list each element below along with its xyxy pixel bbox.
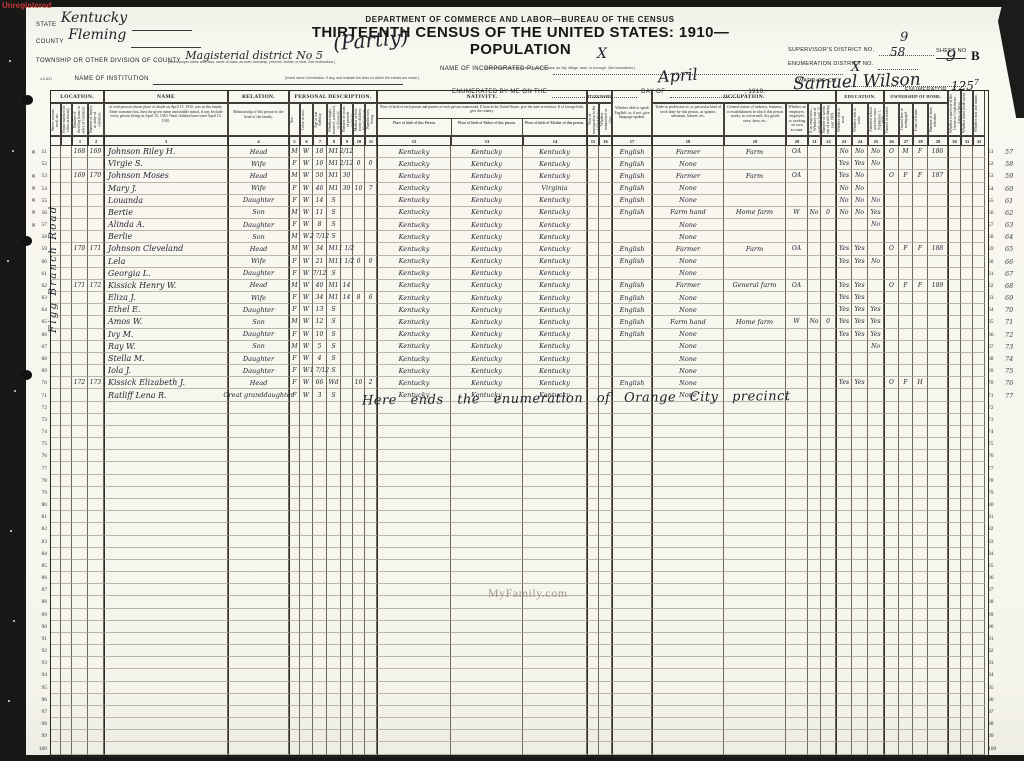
cell-sched xyxy=(928,475,948,487)
cell-emp xyxy=(786,682,808,694)
cell-wk: 0 xyxy=(821,316,836,328)
cell-bld xyxy=(961,183,973,195)
cell-street xyxy=(50,438,61,450)
cell-dw xyxy=(72,365,88,377)
rule xyxy=(131,37,201,48)
cell-wr xyxy=(852,462,868,474)
cell-age: 11 xyxy=(313,207,327,219)
row-number-right: 93 xyxy=(985,657,1003,669)
cell-bld xyxy=(961,584,973,596)
cell-sex xyxy=(289,657,300,669)
cell-pob: Kentucky xyxy=(377,377,451,389)
cell-yrs: 2/12 xyxy=(341,158,353,170)
cell-sex: M xyxy=(289,231,300,243)
cell-own xyxy=(884,584,899,596)
cell-deaf xyxy=(973,389,985,401)
cell-nat xyxy=(599,304,612,316)
cell-trade: None xyxy=(652,256,724,268)
cell-nat xyxy=(599,219,612,231)
cell-ow xyxy=(808,219,821,231)
cell-name: Virgie S. xyxy=(104,158,228,170)
cell-rel xyxy=(228,475,289,487)
cell-deaf xyxy=(973,256,985,268)
cell-ow xyxy=(808,450,821,462)
cell-fh xyxy=(913,657,928,669)
cell-bld xyxy=(961,645,973,657)
cell-fh xyxy=(913,402,928,414)
cell-pf xyxy=(451,633,523,645)
cell-fh xyxy=(913,706,928,718)
margin-annotation: 63 xyxy=(1003,219,1022,231)
cell-house xyxy=(61,682,72,694)
cell-mtg xyxy=(899,365,913,377)
cell-ind xyxy=(724,523,786,535)
cell-name: Louanda xyxy=(104,195,228,207)
cell-wk xyxy=(821,682,836,694)
cell-sch xyxy=(868,682,884,694)
cell-pm xyxy=(523,511,587,523)
cell-nat xyxy=(599,268,612,280)
cell-nat xyxy=(599,548,612,560)
cell-cl: 7 xyxy=(365,183,377,195)
cell-pf xyxy=(451,669,523,681)
cell-vet xyxy=(948,499,961,511)
cell-house xyxy=(61,742,72,754)
cell-vet xyxy=(948,256,961,268)
cell-imm xyxy=(587,572,599,584)
cell-yrs: 14 xyxy=(341,280,353,292)
cell-mtg xyxy=(899,730,913,742)
cell-name xyxy=(104,548,228,560)
cell-vet xyxy=(948,718,961,730)
cell-deaf xyxy=(973,548,985,560)
cell-vet xyxy=(948,462,961,474)
cell-wr: Yes xyxy=(852,292,868,304)
cell-dw xyxy=(72,730,88,742)
cell-age: 1 7/12 xyxy=(313,365,327,377)
cell-cb xyxy=(353,742,365,754)
cell-rel xyxy=(228,450,289,462)
cell-pob xyxy=(377,438,451,450)
cell-dw xyxy=(72,669,88,681)
cell-fam xyxy=(88,548,104,560)
cell-deaf xyxy=(973,365,985,377)
col-out-of-work: If an employee— Whether out of work on A… xyxy=(808,103,821,136)
cell-age: 7/12 xyxy=(313,268,327,280)
cell-emp xyxy=(786,365,808,377)
cell-name xyxy=(104,438,228,450)
cell-fh xyxy=(913,450,928,462)
cell-cb xyxy=(353,195,365,207)
cell-pob: Kentucky xyxy=(377,207,451,219)
nativity-block: Place of birth of each person and parent… xyxy=(377,103,587,136)
cell-cb xyxy=(353,584,365,596)
cell-age: 46 xyxy=(313,183,327,195)
cell-sched: 187 xyxy=(928,170,948,182)
cell-wk xyxy=(821,304,836,316)
cell-fam xyxy=(88,475,104,487)
cell-cb xyxy=(353,475,365,487)
cell-rd xyxy=(836,365,852,377)
cell-house xyxy=(61,511,72,523)
cell-mar xyxy=(327,536,341,548)
cell-sched xyxy=(928,426,948,438)
col-owned: Owned or rented. xyxy=(884,103,899,136)
county-line: COUNTY Fleming xyxy=(36,30,201,48)
cell-ind xyxy=(724,365,786,377)
cell-wk xyxy=(821,183,836,195)
cell-mtg xyxy=(899,572,913,584)
cell-house xyxy=(61,718,72,730)
cell-colr xyxy=(300,548,313,560)
cell-ind xyxy=(724,329,786,341)
cell-rel xyxy=(228,560,289,572)
cell-age xyxy=(313,499,327,511)
cell-wk xyxy=(821,548,836,560)
cell-imm xyxy=(587,207,599,219)
cell-trade xyxy=(652,694,724,706)
cell-name xyxy=(104,462,228,474)
cell-fam xyxy=(88,304,104,316)
cell-name xyxy=(104,669,228,681)
cell-name: Amos W. xyxy=(104,316,228,328)
cell-fh xyxy=(913,158,928,170)
cell-rd xyxy=(836,402,852,414)
cell-rel xyxy=(228,499,289,511)
cell-rd xyxy=(836,523,852,535)
cell-ow: No xyxy=(808,207,821,219)
cell-house xyxy=(61,694,72,706)
cell-dw xyxy=(72,183,88,195)
cell-trade xyxy=(652,475,724,487)
cell-sex: F xyxy=(289,329,300,341)
cell-deaf xyxy=(973,475,985,487)
cell-sch xyxy=(868,669,884,681)
cell-mtg xyxy=(899,475,913,487)
cell-vet xyxy=(948,609,961,621)
cell-emp xyxy=(786,499,808,511)
row-number-right: 57 xyxy=(985,219,1003,231)
cell-yrs xyxy=(341,487,353,499)
cell-dw xyxy=(72,523,88,535)
cell-dw xyxy=(72,316,88,328)
cell-pob xyxy=(377,511,451,523)
cell-fam xyxy=(88,584,104,596)
cell-pf xyxy=(451,657,523,669)
cell-emp xyxy=(786,523,808,535)
cell-age xyxy=(313,730,327,742)
cell-fh xyxy=(913,742,928,754)
cell-wk xyxy=(821,243,836,255)
cell-trade: Farmer xyxy=(652,280,724,292)
cell-fam xyxy=(88,730,104,742)
cell-pm xyxy=(523,572,587,584)
cell-imm xyxy=(587,730,599,742)
cell-emp xyxy=(786,572,808,584)
cell-nat xyxy=(599,657,612,669)
cell-pf: Kentucky xyxy=(451,316,523,328)
cell-sched: 188 xyxy=(928,243,948,255)
cell-name: Berlie xyxy=(104,231,228,243)
cell-wr xyxy=(852,706,868,718)
cell-own xyxy=(884,694,899,706)
cell-pm: Kentucky xyxy=(523,280,587,292)
cell-ow xyxy=(808,341,821,353)
cell-name xyxy=(104,572,228,584)
margin-annotation: 71 xyxy=(1003,316,1022,328)
cell-pob: Kentucky xyxy=(377,158,451,170)
column-number: 14 xyxy=(523,136,587,146)
cell-sch: No xyxy=(868,158,884,170)
cell-pf xyxy=(451,694,523,706)
margin-annotation: 69 xyxy=(1003,292,1022,304)
cell-name xyxy=(104,742,228,754)
cell-fam xyxy=(88,633,104,645)
cell-own xyxy=(884,475,899,487)
margin-annotation: 65 xyxy=(1003,243,1022,255)
cell-pf: Kentucky xyxy=(451,219,523,231)
margin-annotation: 74 xyxy=(1003,353,1022,365)
cell-eng: English xyxy=(612,280,652,292)
cell-imm xyxy=(587,742,599,754)
row-number-left: 88 xyxy=(30,596,50,608)
cell-own: O xyxy=(884,280,899,292)
cell-ow xyxy=(808,669,821,681)
cell-street xyxy=(50,742,61,754)
row-number-right: 91 xyxy=(985,633,1003,645)
row-number-right: 59 xyxy=(985,243,1003,255)
cell-trade xyxy=(652,645,724,657)
row-number-right: 63 xyxy=(985,292,1003,304)
cell-fh: F xyxy=(913,243,928,255)
cell-sex: F xyxy=(289,292,300,304)
cell-fh xyxy=(913,596,928,608)
cell-bld xyxy=(961,219,973,231)
cell-wk xyxy=(821,256,836,268)
cell-mar: S xyxy=(327,195,341,207)
cell-mar xyxy=(327,742,341,754)
cell-rd xyxy=(836,475,852,487)
cell-yrs xyxy=(341,475,353,487)
cell-ow xyxy=(808,183,821,195)
cell-nat xyxy=(599,706,612,718)
cell-dw xyxy=(72,426,88,438)
cell-emp xyxy=(786,657,808,669)
cell-mtg xyxy=(899,389,913,401)
cell-mar xyxy=(327,682,341,694)
cell-sch xyxy=(868,730,884,742)
cell-fh xyxy=(913,268,928,280)
cell-bld xyxy=(961,280,973,292)
cell-mtg xyxy=(899,462,913,474)
cell-mar xyxy=(327,402,341,414)
cell-mtg xyxy=(899,487,913,499)
cell-name: Georgia L. xyxy=(104,268,228,280)
cell-wr xyxy=(852,682,868,694)
cell-rel: Daughter xyxy=(228,195,289,207)
cell-rd xyxy=(836,633,852,645)
cell-cl xyxy=(365,499,377,511)
cell-own xyxy=(884,450,899,462)
cell-pf: Kentucky xyxy=(451,195,523,207)
col-children-living: Number now living. xyxy=(365,103,377,136)
cell-sex xyxy=(289,499,300,511)
cell-mtg xyxy=(899,450,913,462)
cell-name xyxy=(104,621,228,633)
cell-own xyxy=(884,353,899,365)
cell-wk xyxy=(821,694,836,706)
cell-cb xyxy=(353,560,365,572)
cell-rel xyxy=(228,682,289,694)
cell-colr xyxy=(300,523,313,535)
cell-eng xyxy=(612,511,652,523)
cell-mtg xyxy=(899,511,913,523)
cell-pf xyxy=(451,536,523,548)
cell-sched xyxy=(928,329,948,341)
cell-bld xyxy=(961,475,973,487)
cell-cl xyxy=(365,621,377,633)
col-blind: Whether blind (both eyes). xyxy=(961,90,973,136)
cell-pob: Kentucky xyxy=(377,170,451,182)
cell-bld xyxy=(961,742,973,754)
cell-colr xyxy=(300,609,313,621)
cell-bld xyxy=(961,682,973,694)
row-number-left: 92 xyxy=(30,645,50,657)
cell-house xyxy=(61,645,72,657)
cell-rel: Wife xyxy=(228,183,289,195)
cell-ow xyxy=(808,377,821,389)
cell-colr xyxy=(300,414,313,426)
cell-cb: 10 xyxy=(353,183,365,195)
row-number-left: 75 xyxy=(30,438,50,450)
cell-imm xyxy=(587,146,599,158)
cell-colr: W xyxy=(300,207,313,219)
row-number-right: 72 xyxy=(985,402,1003,414)
cell-cl xyxy=(365,195,377,207)
cell-colr xyxy=(300,450,313,462)
cell-pf xyxy=(451,682,523,694)
cell-pf xyxy=(451,645,523,657)
cell-pm xyxy=(523,499,587,511)
cell-wr xyxy=(852,584,868,596)
cell-name: Johnson Moses xyxy=(104,170,228,182)
cell-wk xyxy=(821,511,836,523)
cell-nat xyxy=(599,231,612,243)
cell-pm: Kentucky xyxy=(523,256,587,268)
cell-fh xyxy=(913,511,928,523)
cell-rd xyxy=(836,414,852,426)
cell-sex xyxy=(289,402,300,414)
margin-annotation xyxy=(1003,475,1022,487)
margin-annotation xyxy=(1003,621,1022,633)
cell-dw xyxy=(72,742,88,754)
column-number: 22 xyxy=(821,136,836,146)
cell-colr: W xyxy=(300,256,313,268)
cell-own xyxy=(884,706,899,718)
cell-pob: Kentucky xyxy=(377,280,451,292)
cell-bld xyxy=(961,426,973,438)
cell-ow xyxy=(808,718,821,730)
cell-house xyxy=(61,609,72,621)
margin-annotation xyxy=(1003,499,1022,511)
cell-sch: No xyxy=(868,219,884,231)
cell-colr xyxy=(300,560,313,572)
cell-bld xyxy=(961,596,973,608)
cell-ow xyxy=(808,621,821,633)
cell-rd: No xyxy=(836,207,852,219)
cell-emp xyxy=(786,609,808,621)
cell-dw xyxy=(72,304,88,316)
cell-fh xyxy=(913,621,928,633)
cell-fam xyxy=(88,462,104,474)
cell-fh xyxy=(913,645,928,657)
cell-emp xyxy=(786,718,808,730)
cell-sex xyxy=(289,609,300,621)
cell-eng: English xyxy=(612,292,652,304)
cell-sex xyxy=(289,669,300,681)
cell-sch xyxy=(868,438,884,450)
cell-wr xyxy=(852,548,868,560)
cell-pm xyxy=(523,450,587,462)
cell-sch xyxy=(868,645,884,657)
cell-house xyxy=(61,487,72,499)
cell-emp xyxy=(786,353,808,365)
col-farm-schedule: Number of farm schedule. xyxy=(928,103,948,136)
margin-annotation: 58 xyxy=(1003,158,1022,170)
cell-house xyxy=(61,657,72,669)
cell-pob xyxy=(377,548,451,560)
col-trade: Trade or profession of, or particular ki… xyxy=(652,103,724,136)
column-number: 30 xyxy=(948,136,961,146)
cell-sch xyxy=(868,560,884,572)
cell-trade: None xyxy=(652,377,724,389)
punch-hole xyxy=(21,370,32,380)
cell-name xyxy=(104,475,228,487)
cell-pf: Kentucky xyxy=(451,329,523,341)
column-number: 29 xyxy=(928,136,948,146)
cell-house xyxy=(61,584,72,596)
column-number: 4 xyxy=(228,136,289,146)
cell-dw: 168 xyxy=(72,146,88,158)
cell-colr: W xyxy=(300,304,313,316)
cell-deaf xyxy=(973,560,985,572)
cell-colr xyxy=(300,462,313,474)
cell-eng xyxy=(612,596,652,608)
row-number-right: 68 xyxy=(985,353,1003,365)
cell-sex xyxy=(289,414,300,426)
cell-cb xyxy=(353,268,365,280)
cell-mar: S xyxy=(327,231,341,243)
col-immigration: Year of immigration to the United States… xyxy=(587,103,599,136)
cell-imm xyxy=(587,718,599,730)
cell-pm: Kentucky xyxy=(523,146,587,158)
cell-fam xyxy=(88,718,104,730)
cell-deaf xyxy=(973,341,985,353)
cell-deaf xyxy=(973,316,985,328)
cell-pm xyxy=(523,694,587,706)
cell-dw xyxy=(72,621,88,633)
cell-sch xyxy=(868,280,884,292)
cell-mtg: F xyxy=(899,280,913,292)
cell-pm xyxy=(523,462,587,474)
cell-wk xyxy=(821,329,836,341)
cell-age xyxy=(313,548,327,560)
cell-sched xyxy=(928,730,948,742)
cell-deaf xyxy=(973,353,985,365)
cell-pob: Kentucky xyxy=(377,292,451,304)
column-number: 6 xyxy=(300,136,313,146)
cell-wr xyxy=(852,499,868,511)
